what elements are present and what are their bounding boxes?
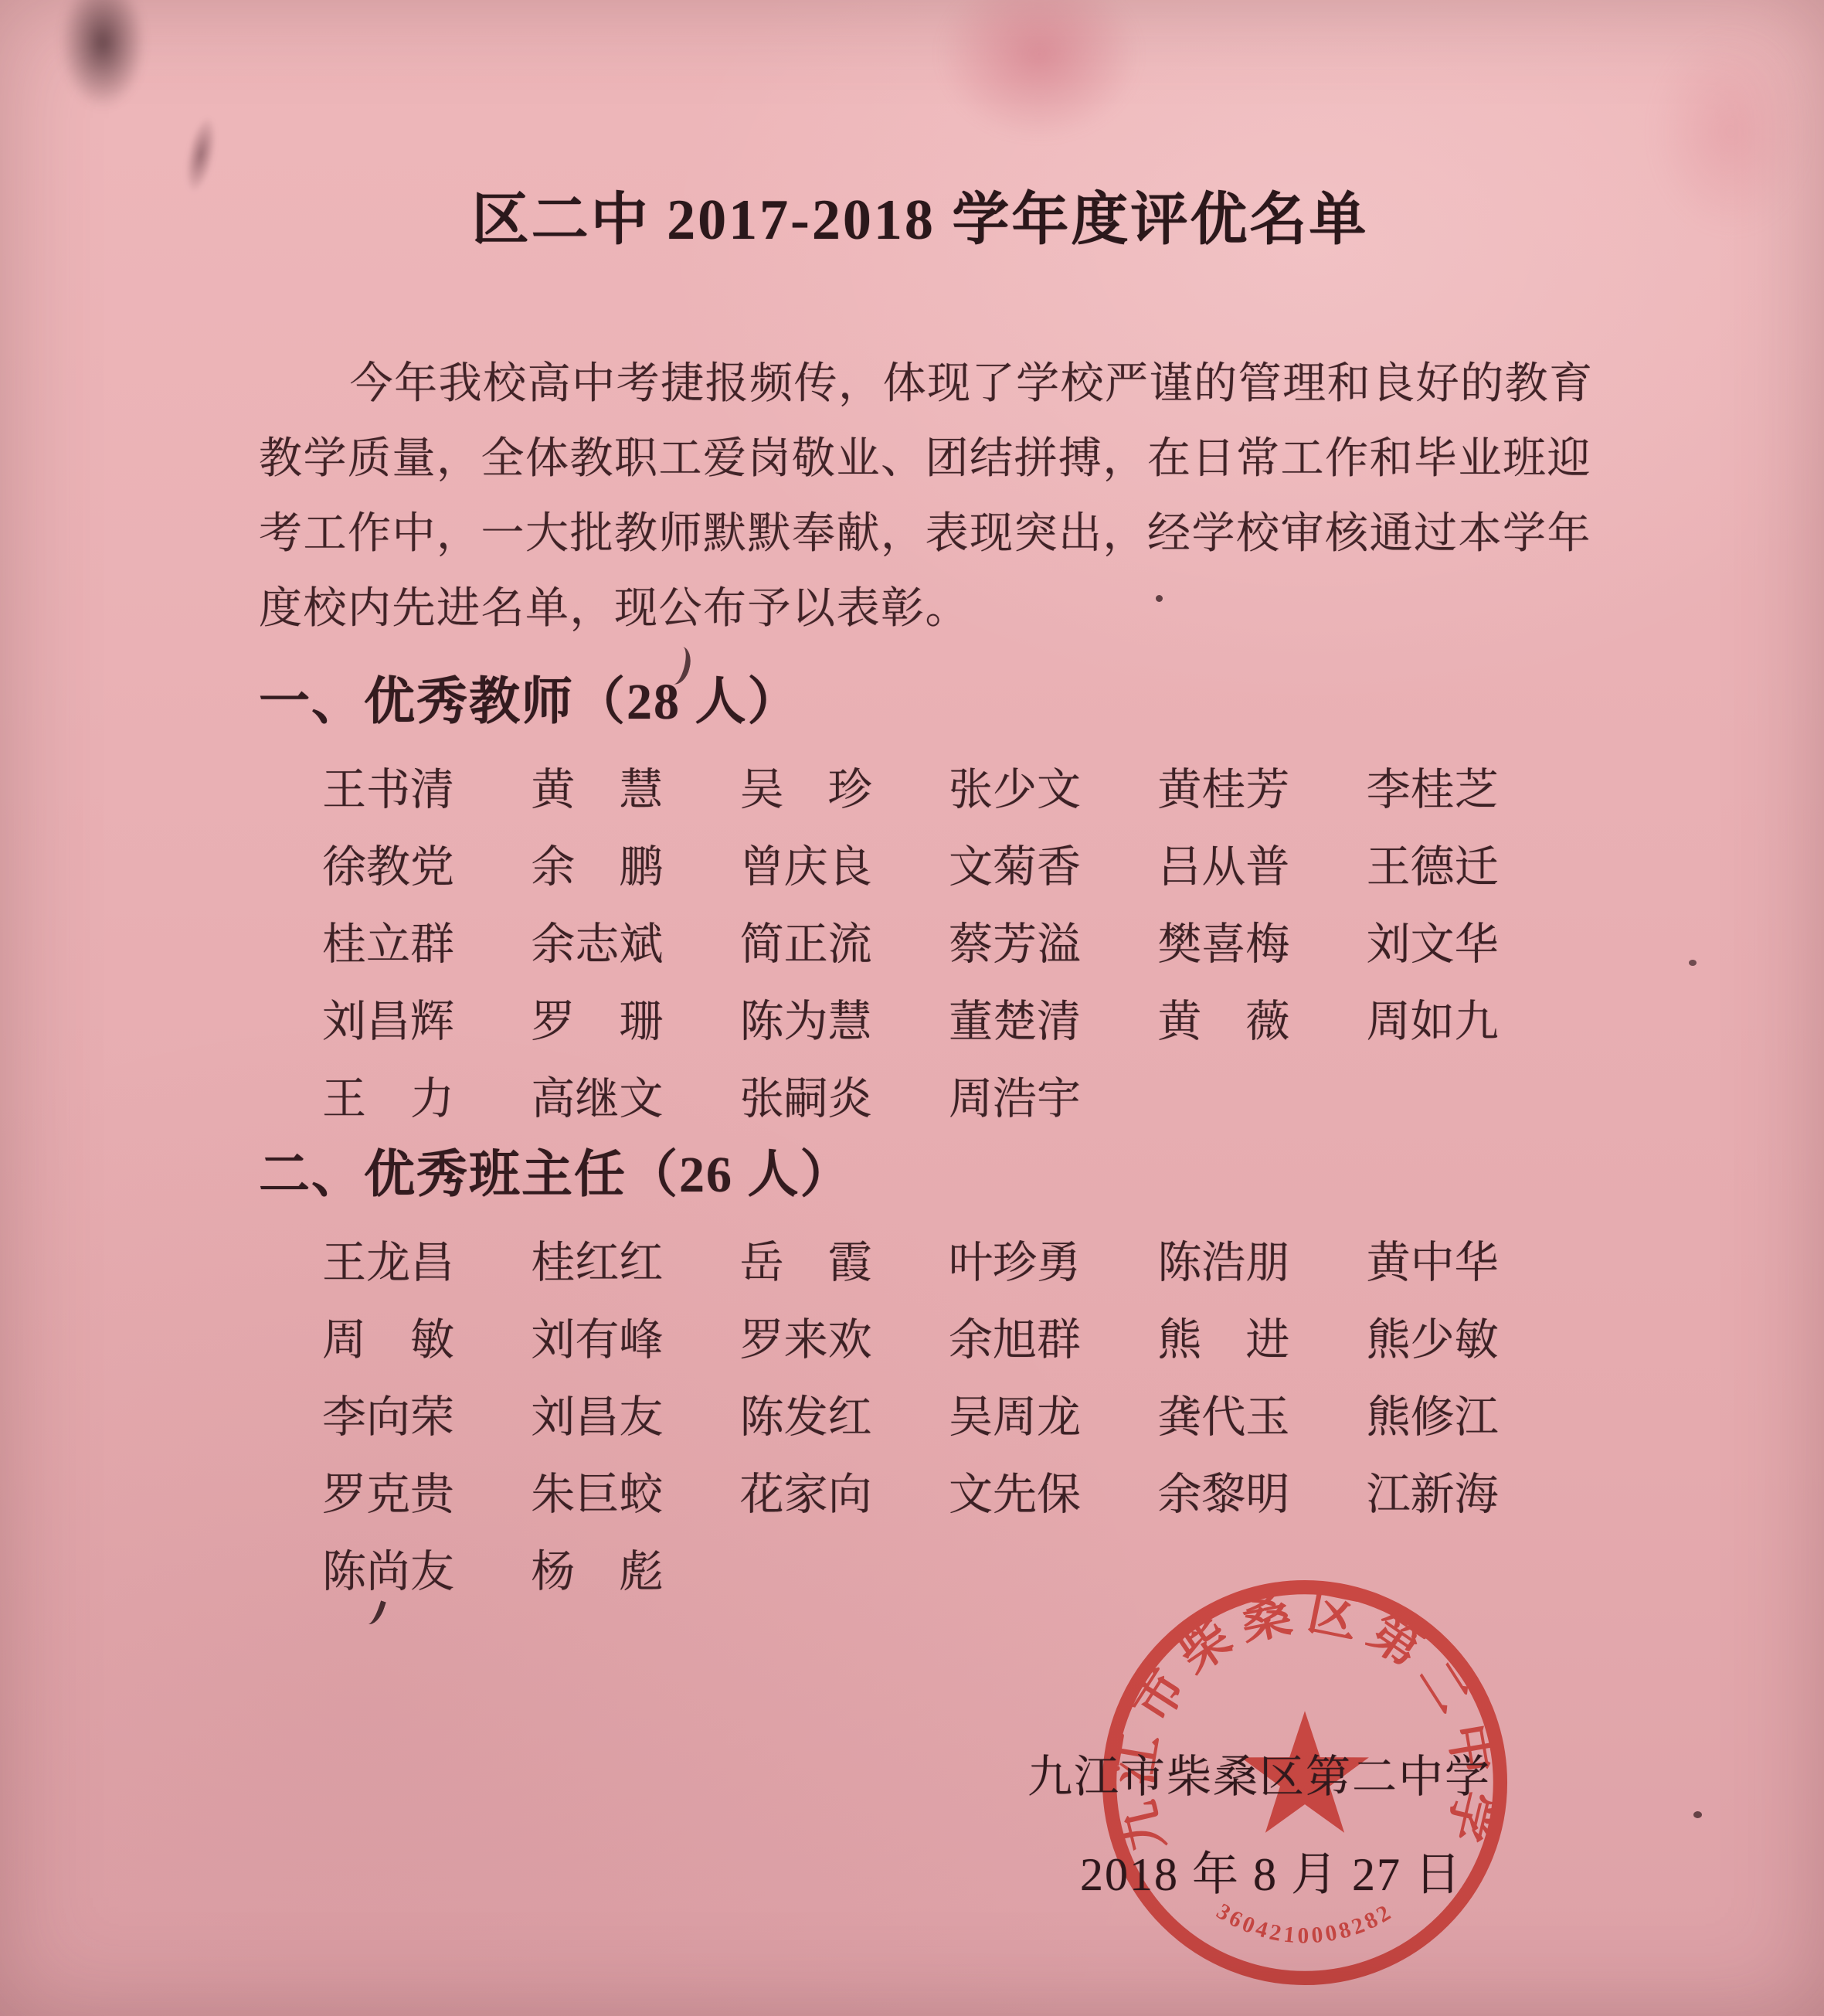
- awardee-name: 高继文: [531, 1063, 739, 1127]
- paper-stain-streak: [180, 114, 222, 195]
- awardee-name: 熊少敏: [1367, 1304, 1575, 1368]
- document-page: 区二中 2017-2018 学年度评优名单 今年我校高中考捷报频传，体现了学校严…: [0, 0, 1824, 2016]
- awardee-name: 周 敏: [322, 1304, 531, 1368]
- awardee-name: 王书清: [322, 754, 531, 818]
- document-content: 区二中 2017-2018 学年度评优名单 今年我校高中考捷报频传，体现了学校严…: [259, 174, 1581, 1606]
- section-heading: 二、优秀班主任（26 人）: [259, 1140, 1581, 1211]
- name-row: 李向荣刘昌友陈发红吴周龙龚代玉熊修江: [322, 1375, 1575, 1452]
- awardee-name: 余旭群: [949, 1304, 1157, 1368]
- awardee-name: 熊修江: [1367, 1382, 1575, 1445]
- name-row: 桂立群余志斌简正流蔡芳溢樊喜梅刘文华: [322, 902, 1575, 979]
- awardee-name: 文先保: [949, 1459, 1157, 1522]
- name-list: 王书清黄 慧吴 珍张少文黄桂芳李桂芝徐教党余 鹏曾庆良文菊香吕从普王德迁桂立群余…: [322, 747, 1575, 1134]
- awardee-name: 张嗣炎: [740, 1063, 949, 1127]
- awardee-name: 岳 霞: [740, 1227, 949, 1290]
- awardee-name: 叶珍勇: [949, 1227, 1157, 1290]
- awardee-name: 陈尚友: [322, 1536, 531, 1600]
- awardee-name: 樊喜梅: [1157, 909, 1366, 972]
- name-row: 周 敏刘有峰罗来欢余旭群熊 进熊少敏: [322, 1297, 1575, 1375]
- issue-date: 2018 年 8 月 27 日: [1080, 1838, 1462, 1904]
- document-title: 区二中 2017-2018 学年度评优名单: [259, 174, 1581, 256]
- awardee-name: 李向荣: [322, 1382, 531, 1445]
- name-row: 王 力高继文张嗣炎周浩宇: [322, 1056, 1575, 1134]
- awardee-name: 刘昌辉: [322, 986, 531, 1049]
- awardee-name: 黄 薇: [1157, 986, 1366, 1049]
- name-row: 王龙昌桂红红岳 霞叶珍勇陈浩朋黄中华: [322, 1220, 1575, 1297]
- name-row: 罗克贵朱巨蛟花家向文先保余黎明江新海: [322, 1452, 1575, 1529]
- awardee-name: 罗来欢: [740, 1304, 949, 1368]
- awardee-name: 江新海: [1367, 1459, 1575, 1522]
- awardee-name: 陈为慧: [740, 986, 949, 1049]
- ink-speck: [1689, 960, 1697, 966]
- awardee-name: 吴周龙: [949, 1382, 1157, 1445]
- awardee-name: 黄 慧: [531, 754, 739, 818]
- awardee-name: 花家向: [740, 1459, 949, 1522]
- section-heading: 一、优秀教师（28 人）: [259, 667, 1581, 738]
- paper-stain-top-right: [939, 0, 1140, 139]
- awardee-name: 余志斌: [531, 909, 739, 972]
- awardee-name: 杨 彪: [531, 1536, 739, 1600]
- awardee-name: 简正流: [740, 909, 949, 972]
- awardee-name: 黄桂芳: [1157, 754, 1366, 818]
- paragraph-line: 今年我校高中考捷报频传，体现了学校严谨的管理和良好的教育: [259, 347, 1581, 422]
- name-row: 刘昌辉罗 珊陈为慧董楚清黄 薇周如九: [322, 979, 1575, 1056]
- awardee-name: 朱巨蛟: [531, 1459, 739, 1522]
- awardee-name: 刘昌友: [531, 1382, 739, 1445]
- paragraph-line: 考工作中，一大批教师默默奉献，表现突出，经学校审核通过本学年: [259, 497, 1581, 572]
- awardee-name: 吕从普: [1157, 831, 1366, 895]
- section-excellent-head-teachers: 二、优秀班主任（26 人） 王龙昌桂红红岳 霞叶珍勇陈浩朋黄中华周 敏刘有峰罗来…: [259, 1140, 1581, 1606]
- awardee-name: 龚代玉: [1157, 1382, 1366, 1445]
- awardee-name: 王龙昌: [322, 1227, 531, 1290]
- awardee-name: 吴 珍: [740, 754, 949, 818]
- awardee-name: 曾庆良: [740, 831, 949, 895]
- awardee-name: 刘文华: [1367, 909, 1575, 972]
- awardee-name: 文菊香: [949, 831, 1157, 895]
- stamp-serial-number: 3604210008282: [1212, 1899, 1398, 1949]
- section-excellent-teachers: 一、优秀教师（28 人） 王书清黄 慧吴 珍张少文黄桂芳李桂芝徐教党余 鹏曾庆良…: [259, 667, 1581, 1134]
- name-row: 王书清黄 慧吴 珍张少文黄桂芳李桂芝: [322, 747, 1575, 824]
- name-row: 徐教党余 鹏曾庆良文菊香吕从普王德迁: [322, 824, 1575, 902]
- issuer-signature: 九江市柴桑区第二中学: [1027, 1740, 1491, 1805]
- awardee-name: 王德迁: [1367, 831, 1575, 895]
- awardee-name: 陈发红: [740, 1382, 949, 1445]
- awardee-name: 张少文: [949, 754, 1157, 818]
- awardee-name: 桂立群: [322, 909, 531, 972]
- awardee-name: 熊 进: [1157, 1304, 1366, 1368]
- awardee-name: 罗克贵: [322, 1459, 531, 1522]
- paragraph-line: 教学质量，全体教职工爱岗敬业、团结拼搏，在日常工作和毕业班迎: [259, 422, 1581, 497]
- awardee-name: 蔡芳溢: [949, 909, 1157, 972]
- awardee-name: 陈浩朋: [1157, 1227, 1366, 1290]
- ink-speck: [1693, 1811, 1702, 1818]
- awardee-name: 王 力: [322, 1063, 531, 1127]
- awardee-name: 董楚清: [949, 986, 1157, 1049]
- intro-paragraph: 今年我校高中考捷报频传，体现了学校严谨的管理和良好的教育教学质量，全体教职工爱岗…: [259, 347, 1581, 647]
- awardee-name: 周如九: [1367, 986, 1575, 1049]
- awardee-name: 余 鹏: [531, 831, 739, 895]
- awardee-name: 余黎明: [1157, 1459, 1366, 1522]
- awardee-name: 桂红红: [531, 1227, 739, 1290]
- awardee-name: 周浩宇: [949, 1063, 1157, 1127]
- awardee-name: 刘有峰: [531, 1304, 739, 1368]
- name-list: 王龙昌桂红红岳 霞叶珍勇陈浩朋黄中华周 敏刘有峰罗来欢余旭群熊 进熊少敏李向荣刘…: [322, 1220, 1575, 1606]
- awardee-name: 黄中华: [1367, 1227, 1575, 1290]
- paper-smudge-right: [1653, 31, 1808, 232]
- paragraph-line: 度校内先进名单，现公布予以表彰。: [259, 572, 1581, 647]
- awardee-name: 罗 珊: [531, 986, 739, 1049]
- awardee-name: 李桂芝: [1367, 754, 1575, 818]
- awardee-name: 徐教党: [322, 831, 531, 895]
- paper-stain-top-left: [60, 0, 145, 108]
